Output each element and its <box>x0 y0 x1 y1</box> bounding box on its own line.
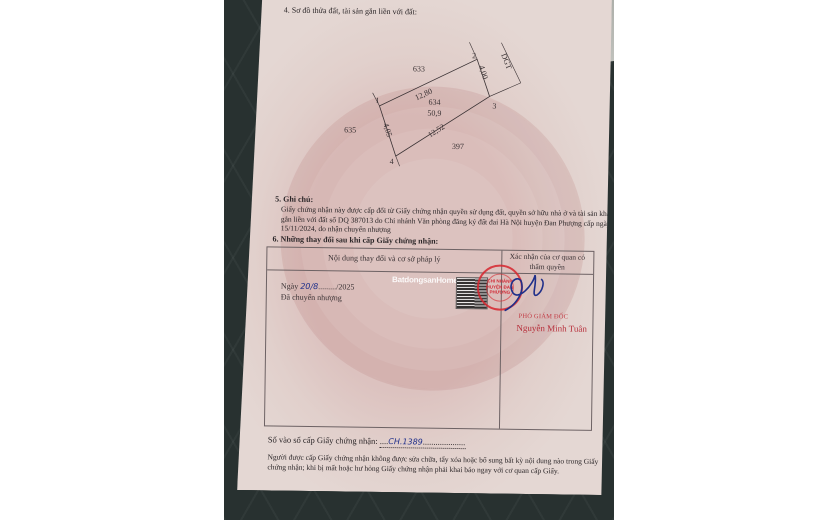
edge-bottom-length: 12,52 <box>426 122 446 139</box>
change-date: Ngày 20/8........./2025 <box>281 282 355 292</box>
parcel-area: 50,9 <box>427 109 441 118</box>
changes-table: Nội dung thay đổi và cơ sở pháp lý Xác n… <box>264 246 594 431</box>
signer-role: PHÓ GIÁM ĐỐC <box>518 313 568 321</box>
certificate-page: 4. Sơ đồ thửa đất, tài sản gắn liền với … <box>237 0 612 495</box>
date-suffix: ........./2025 <box>318 282 354 292</box>
section-5-title: 5. Ghi chú: <box>275 194 313 205</box>
neighbor-south: 397 <box>452 142 464 151</box>
land-plot-diagram: 633 635 397 634 50,9 1 2 3 4 12,80 12,52… <box>341 40 543 178</box>
registry-label: Số vào sổ cấp Giấy chứng nhận: <box>268 434 378 446</box>
vertex-3: 3 <box>492 101 496 110</box>
signature-icon <box>503 271 554 317</box>
section-5-note: Giấy chứng nhận này được cấp đổi từ Giấy… <box>281 205 614 238</box>
parcel-number: 634 <box>428 98 440 107</box>
vertex-2: 2 <box>472 51 476 60</box>
document-photo: 4. Sơ đồ thửa đất, tài sản gắn liền với … <box>224 0 614 520</box>
vertex-4: 4 <box>390 157 394 166</box>
column-header-changes: Nội dung thay đổi và cơ sở pháp lý <box>267 252 501 264</box>
date-handwritten: 20/8 <box>300 282 318 291</box>
transfer-note: Đã chuyển nhượng <box>281 293 342 303</box>
neighbor-north: 633 <box>413 64 425 73</box>
road-label: DGT <box>499 52 513 71</box>
section-6-title: 6. Những thay đổi sau khi cấp Giấy chứng… <box>273 234 439 246</box>
watermark-text: BatdongsanHome <box>392 275 458 285</box>
registry-line: Số vào sổ cấp Giấy chứng nhận: ....CH.13… <box>268 434 466 449</box>
registry-field: ....CH.1389.................... <box>380 436 466 449</box>
edge-left-length: 4,05 <box>381 122 394 138</box>
section-4-title: 4. Sơ đồ thửa đất, tài sản gắn liền với … <box>284 6 417 18</box>
date-prefix: Ngày <box>281 282 298 291</box>
vertex-1: 1 <box>375 96 379 105</box>
edge-right-length: 4,00 <box>477 64 490 80</box>
neighbor-west: 635 <box>344 125 356 134</box>
registry-value: CH.1389 <box>388 437 423 446</box>
signer-name: Nguyễn Minh Tuân <box>516 323 587 334</box>
warning-note: Người được cấp Giấy chứng nhận không đượ… <box>267 452 607 476</box>
